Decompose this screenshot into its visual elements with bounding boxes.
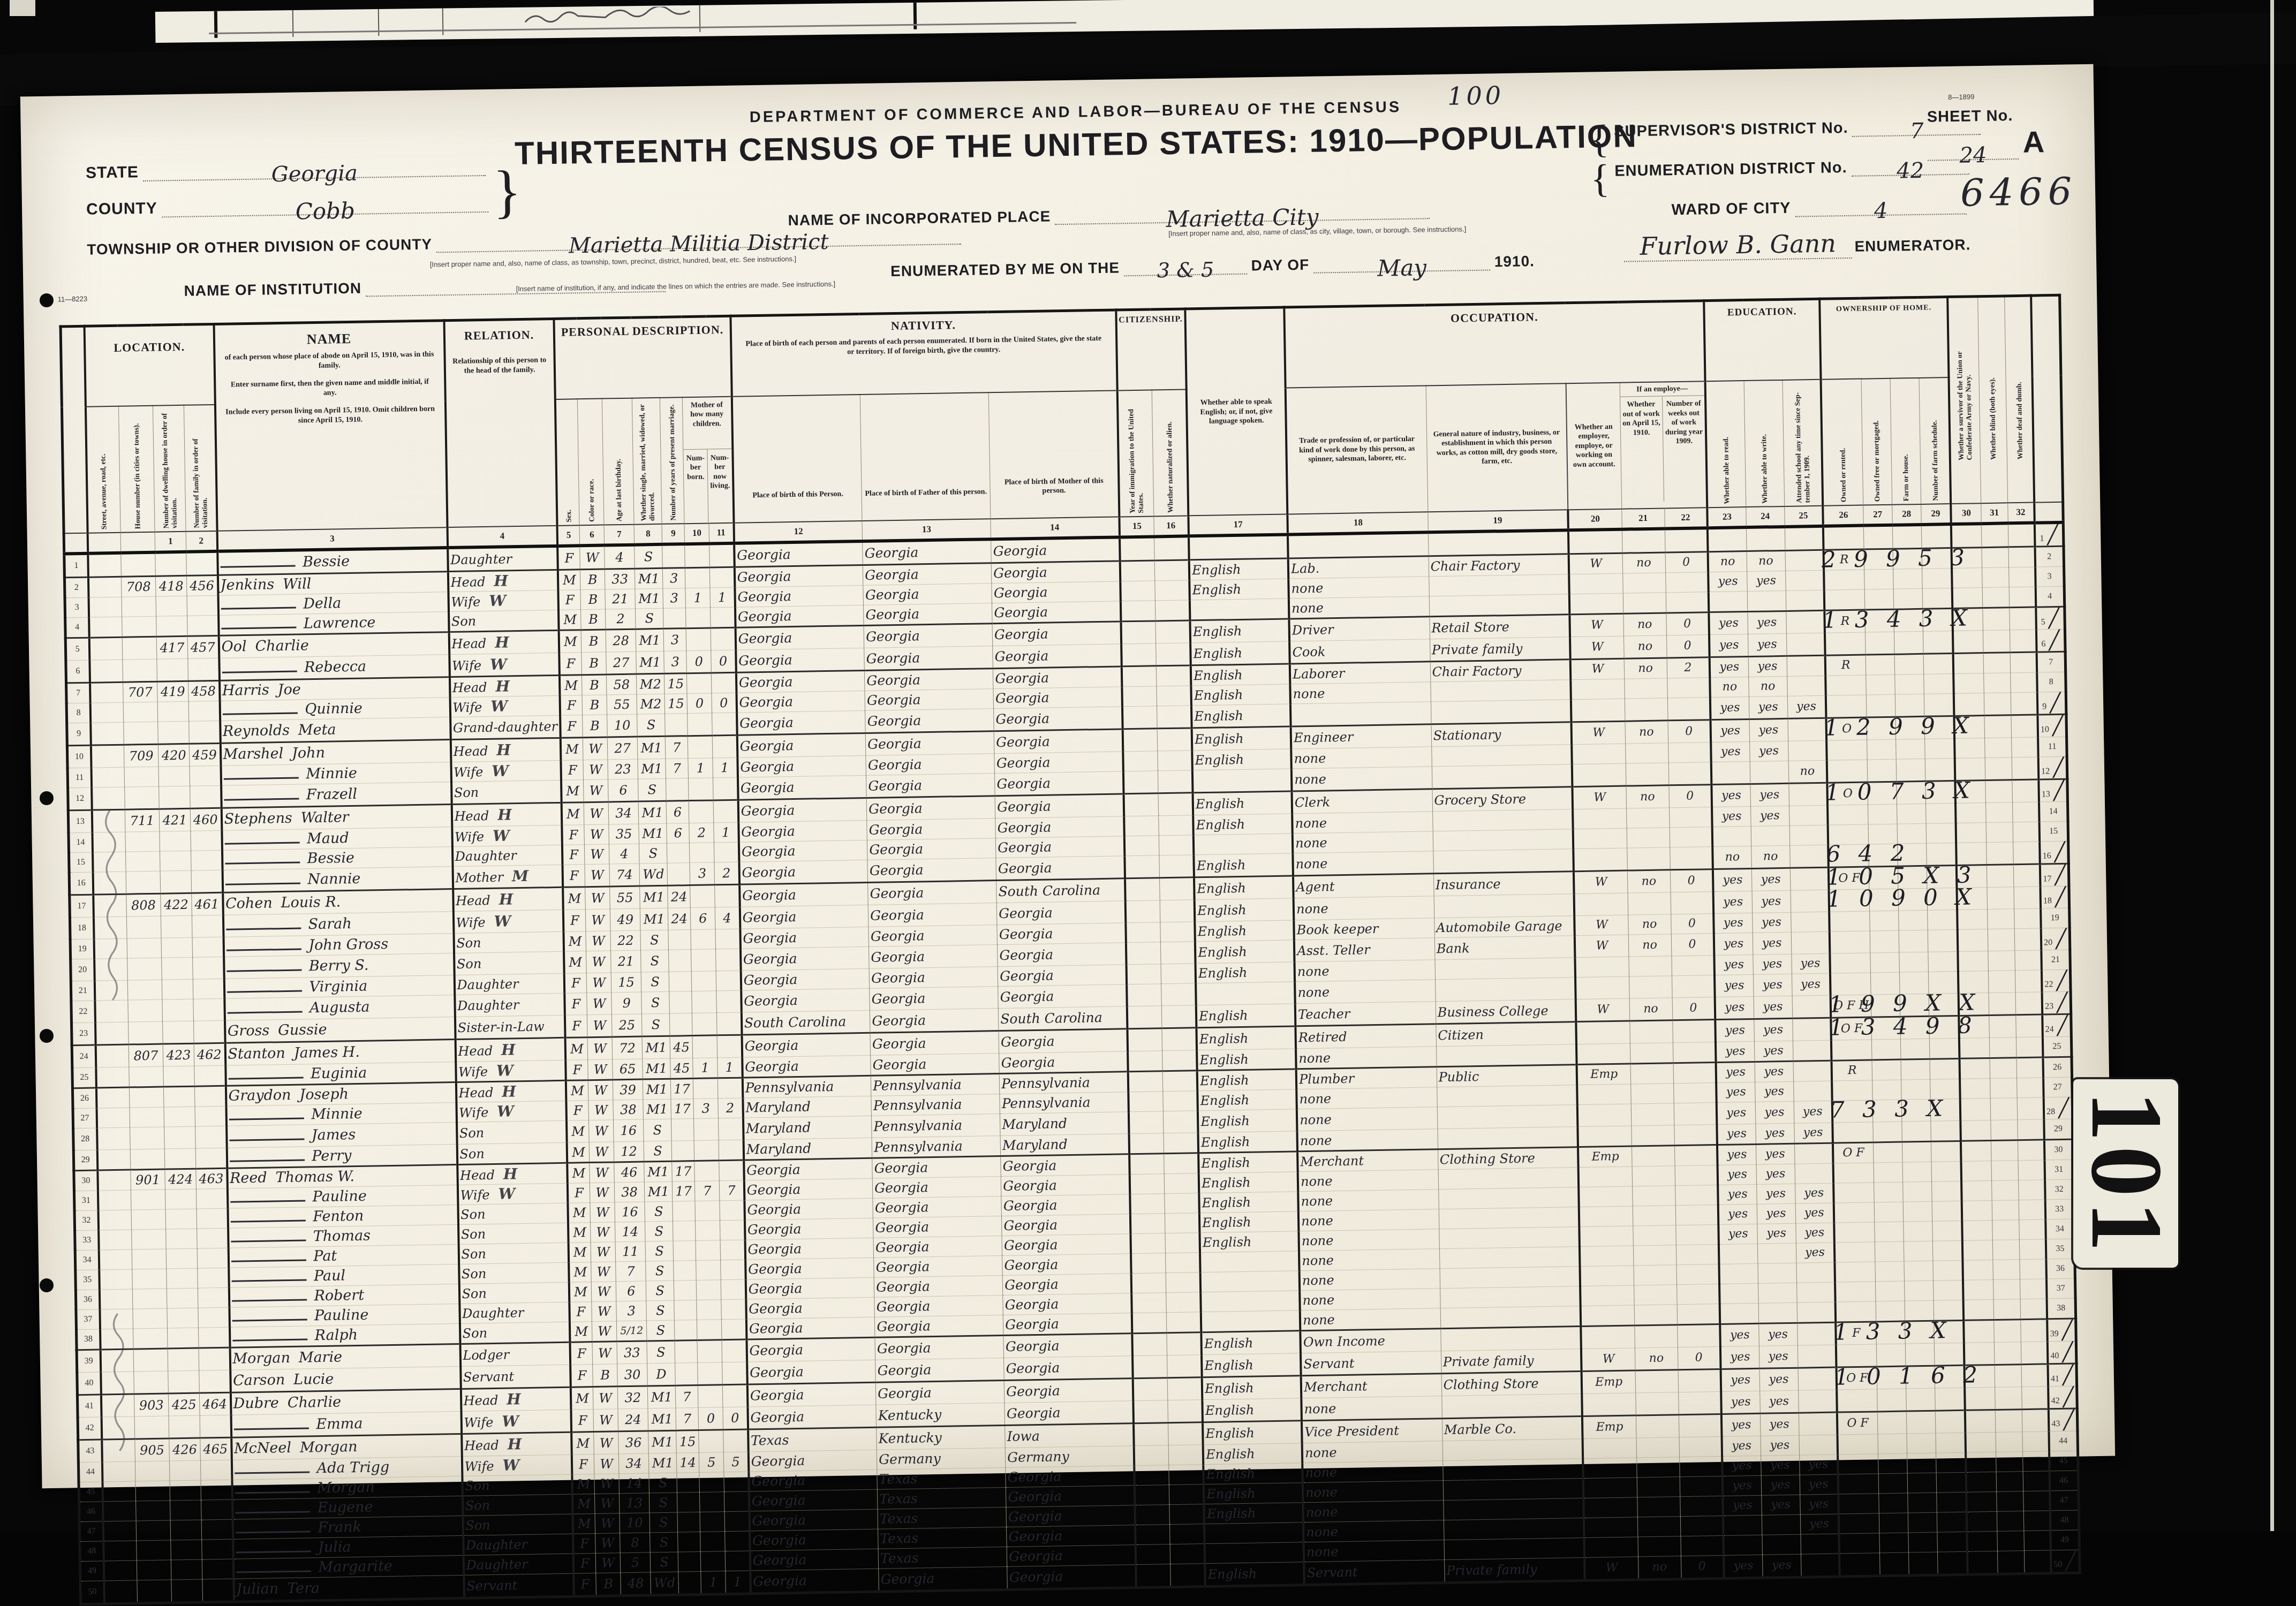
cell-blind [1982,607,2010,630]
cell-dwelling-number [156,616,188,637]
cell-trade [1288,532,1429,558]
cell-out-of-work: no [1624,657,1667,678]
ward-label: WARD OF CITY [1671,200,1791,218]
cell-trade: Retired [1295,1024,1436,1048]
cell-immigration-year [1121,665,1156,686]
cell-can-write: yes [1761,1435,1800,1456]
cell-years-married: 17 [672,1181,695,1201]
cell-attended-school: no [1788,760,1827,783]
line-number-left: 18 [70,917,94,940]
cell-years-married [677,1512,700,1531]
cell-marital: M1 [642,1036,670,1059]
line-number-right: 13╱ [2038,779,2067,802]
cell-street [95,1044,129,1067]
cell-sex: M [572,1494,595,1514]
cell-marital: M1 [635,588,663,609]
cell-immigration-year [1127,1005,1161,1028]
cell-blind [1992,1219,2019,1240]
cell-deaf [2018,1160,2045,1180]
cell-father-birthplace: Georgia [870,1031,999,1055]
cell-attended-school [1792,995,1831,1018]
cell-can-write: yes [1754,1041,1793,1062]
cell-street [92,787,125,810]
cell-can-write: yes [1748,656,1787,677]
cell-age: 33 [617,1340,647,1363]
cell-attended-school [1785,526,1824,550]
cell-house-number [135,1461,170,1481]
cell-relation: HeadH [462,1432,572,1456]
cell-home-owned [1830,931,1870,953]
cell-immigration-year [1132,1332,1167,1355]
cell-color: B [581,630,606,653]
cell-dwelling-number [161,915,192,938]
cell-employer-status: Emp [1582,1415,1636,1438]
cell-dwelling-number [157,658,188,681]
cell-speaks-english: English [1204,1482,1303,1504]
cell-attended-school [1795,1163,1834,1184]
cell-weeks-out [1675,1204,1719,1225]
cell-father-birthplace: Georgia [874,1315,1003,1337]
cell-color: W [595,1493,620,1513]
cell-attended-school [1791,912,1830,932]
cell-children-living [720,1200,745,1221]
cell-trade: none [1302,1441,1443,1463]
cell-children-born [691,949,716,971]
cell-out-of-work [1629,975,1672,998]
cell-name: ReynoldsMeta [220,717,451,743]
cell-deaf [2022,1451,2050,1471]
cell-dwelling-number [166,1248,198,1269]
cell-farm-house [1894,674,1924,694]
cell-trade: none [1295,959,1436,981]
cell-marital: M1 [648,1430,677,1453]
cell-industry: Clothing Store [1438,1147,1578,1169]
cell-mother-birthplace: Georgia [995,836,1124,858]
out-of-work-label: Wheth­er out of work on April 15, 1910. [1620,396,1664,502]
cell-deaf [2016,1077,2044,1097]
cell-speaks-english: English [1200,1231,1300,1252]
cell-years-married: 3 [663,588,686,608]
cell-house-number [123,659,157,682]
cell-house-number [136,1500,171,1520]
cell-dwelling-number: 417 [156,636,188,659]
cell-mother-birthplace: Georgia [1002,1253,1131,1275]
cell-birthplace: Georgia [746,1317,875,1339]
mother-of-children-header: Mother of how many children. Num­ber bor… [682,396,734,523]
cell-naturalized [1165,1213,1199,1233]
cell-can-write: yes [1758,1323,1797,1346]
cell-veteran [1958,929,1988,951]
cell-sex: M [572,1513,595,1531]
cell-industry [1431,699,1572,724]
cell-can-write [1746,526,1785,551]
cell-veteran [1957,909,1988,929]
cell-children-born [687,672,712,693]
cell-mother-birthplace: Georgia [994,729,1123,753]
cell-attended-school: yes [1795,1203,1834,1223]
cell-house-number [125,786,160,809]
cell-sex: M [564,951,587,973]
cell-speaks-english: English [1192,726,1291,750]
cell-age: 38 [614,1182,645,1202]
cell-family-number [198,1307,230,1328]
cell-deaf [2011,715,2038,738]
cell-industry: Chair Factory [1429,554,1569,576]
cell-relation: Son [458,1203,568,1224]
cell-family-number [196,1188,228,1209]
cell-employer-status [1574,893,1628,916]
cell-speaks-english: English [1199,1191,1298,1213]
cell-veteran [1966,1432,1996,1452]
cell-marital: S [637,714,666,737]
cell-mother-birthplace: Georgia [1003,1333,1132,1358]
cell-family-number [201,1519,233,1531]
cell-color: W [593,1408,618,1431]
cell-family-number [200,1460,232,1480]
cell-free-mortgaged [1865,632,1894,655]
cell-veteran [1960,1120,1991,1141]
cell-blind [1984,715,2012,738]
ownership-group-header: OWNERSHIP OF HOME. [1819,297,1948,380]
cell-age: 46 [614,1162,645,1183]
line-number-right: 22╱ [2042,969,2071,992]
cell-speaks-english: English [1204,1502,1303,1524]
mother-born-label: Num­ber born. [683,449,708,522]
line-number-right: 17╱ [2040,863,2069,887]
cell-color: W [592,1301,617,1321]
cell-employer-status: W [1572,721,1626,745]
enumeration-brace: { [1590,156,1610,202]
cell-can-read [1708,527,1747,552]
cell-sex: M [557,569,580,590]
cell-marital: M1 [637,736,666,759]
cell-weeks-out [1676,1284,1720,1304]
cell-age: 13 [620,1493,650,1513]
cell-farm-schedule [1924,738,1955,759]
cell-marital: S [649,1493,678,1513]
cell-name: MorganMarie [230,1344,460,1370]
cell-deaf [2019,1199,2046,1219]
county-row: COUNTY Cobb [86,194,488,219]
cell-family-number: 456 [186,575,218,596]
cell-industry [1440,1266,1581,1288]
column-number: 1 [155,531,186,552]
cell-children-living [716,971,741,991]
cell-immigration-year [1120,560,1154,581]
cell-age: 74 [609,863,640,887]
cell-deaf [2012,757,2039,780]
cell-house-number [132,1289,167,1309]
personal-group-header: PERSONAL DESCRIPTION. [554,316,731,399]
institution-label: NAME OF INSTITUTION [184,280,361,299]
cell-name: McNeelMorgan [231,1434,462,1460]
cell-sex: M [567,1120,590,1142]
state-label: STATE [86,163,139,182]
cell-trade: none [1298,1169,1439,1191]
cell-marital: S [649,1512,678,1531]
cell-color: W [591,1241,616,1262]
cell-family-number [195,1106,226,1126]
state-row: STATE Georgia [86,158,486,183]
cell-weeks-out [1672,955,1715,975]
cell-children-born [690,842,715,862]
cell-immigration-year [1126,922,1160,942]
cell-attended-school [1785,550,1824,571]
cell-age: 34 [608,801,639,824]
cell-birthplace: Georgia [747,1360,876,1384]
cell-employer-status: W [1581,1347,1635,1371]
cell-house-number [122,637,157,660]
cell-color: W [580,545,605,569]
cell-immigration-year [1124,835,1159,855]
line-number-left: 29 [73,1150,97,1171]
cell-can-read: yes [1709,611,1748,634]
cell-sex: M [565,1037,588,1060]
cell-mother-birthplace: Georgia [1003,1293,1132,1315]
cell-years-married [669,949,692,972]
cell-birthplace: Georgia [742,1033,871,1057]
cell-out-of-work [1630,1083,1674,1103]
cell-marital: S [641,972,669,992]
cell-family-number: 457 [187,635,219,658]
cell-relation: Son [462,1474,572,1496]
cell-children-living: 2 [718,1098,743,1118]
cell-industry: Marble Co. [1442,1416,1583,1441]
cell-age: 16 [614,1119,644,1142]
cell-children-born [685,567,710,588]
cell-industry: Business College [1436,999,1576,1024]
line-number-left: 44 [78,1461,102,1482]
cell-weeks-out [1680,1516,1724,1531]
cell-speaks-english [1192,768,1292,792]
cell-out-of-work [1624,678,1667,698]
cell-sex: F [561,760,584,780]
cell-mother-birthplace: Georgia [991,537,1120,563]
cell-speaks-english: English [1197,1026,1296,1050]
line-number-right: 44 [2049,1431,2078,1451]
cell-father-birthplace: Georgia [874,1275,1003,1297]
cell-naturalized [1166,1292,1201,1312]
cell-color: W [589,1119,614,1142]
cell-children-born [691,971,716,991]
birthplace-mother-header: Place of birth of Mother of this person. [988,390,1119,519]
cell-sex: M [569,1282,592,1302]
line-number-left: 11 [67,768,92,788]
cell-sex: F [571,1409,594,1432]
cell-immigration-year [1126,942,1161,964]
name-desc-1: of each person whose place of abode on A… [217,345,442,372]
cell-veteran [1967,1511,1997,1531]
cell-employer-status [1579,1226,1633,1247]
cell-sex: F [564,973,587,993]
cell-age: 14 [615,1222,646,1242]
cell-years-married [665,713,688,736]
cell-mother-birthplace: Georgia [999,1028,1128,1053]
cell-house-number [129,1087,164,1108]
cell-father-birthplace: Texas [878,1507,1007,1529]
cell-relation: Sister-in-Law [455,1015,565,1039]
cell-mother-birthplace: Georgia [994,751,1123,773]
cell-trade: Servant [1301,1351,1441,1375]
cell-industry [1437,1085,1577,1107]
mother-living-label: Num­ber now liv­ing. [708,449,732,522]
cell-birthplace: Georgia [738,798,867,822]
cell-years-married: 45 [670,1058,693,1079]
cell-naturalized [1155,620,1190,643]
line-number-left: 3 [65,597,89,618]
cell-street [99,1269,133,1290]
cell-children-living [719,1160,744,1181]
cell-weeks-out [1673,1082,1717,1103]
cell-trade: none [1302,1460,1443,1482]
cell-naturalized [1168,1399,1203,1422]
cell-marital: M1 [644,1181,673,1202]
column-number [2034,502,2063,522]
cell-family-number [193,979,224,999]
cell-farm-schedule [1925,803,1956,823]
street-column-header: Street, avenue, road, etc. [85,406,120,533]
cell-trade: Driver [1289,616,1430,641]
cell-farm-schedule [1929,1038,1960,1059]
cell-can-read: no [1708,551,1747,572]
cell-color: W [590,1182,615,1202]
cell-years-married: 7 [665,736,688,759]
cell-attended-school [1788,783,1827,806]
cell-birthplace: Georgia [739,905,868,929]
cell-immigration-year [1129,1133,1164,1154]
cell-sex: F [569,1301,592,1322]
cell-children-born [686,627,711,650]
cell-years-married: 7 [675,1385,698,1408]
cell-naturalized [1168,1422,1203,1445]
cell-speaks-english: English [1195,898,1294,921]
cell-house-number [136,1520,171,1531]
cell-children-born [698,1362,723,1385]
cell-attended-school [1788,718,1827,741]
cell-family-number [193,998,225,1021]
cell-can-write: yes [1755,1061,1794,1082]
cell-employer-status [1573,828,1627,849]
cell-industry [1440,1286,1581,1308]
cell-speaks-english: English [1193,791,1293,815]
cell-color: W [585,863,610,887]
line-number-right: 40╱ [2048,1341,2076,1364]
cell-free-mortgaged [1874,1202,1904,1222]
line-number-column-header [61,326,87,533]
cell-mother-birthplace: Georgia [993,666,1122,688]
cell-mother-birthplace: Georgia [1006,1505,1135,1527]
cell-weeks-out [1668,762,1712,785]
cell-birthplace: Georgia [736,691,865,713]
column-number: 6 [579,525,605,546]
cell-home-owned [1835,1261,1876,1282]
cell-birthplace: Georgia [736,648,865,672]
line-number-right: 12╱ [2038,756,2067,779]
line-number-left: 24 [72,1045,96,1068]
tabulation-code: 1 3 3 X [1833,1317,1952,1345]
cell-birthplace: Georgia [741,988,870,1012]
cell-veteran [1962,1220,1992,1240]
cell-family-number [198,1268,229,1288]
cell-industry: Clothing Store [1441,1371,1582,1396]
cell-out-of-work [1637,1516,1681,1531]
cell-farm-house [1907,1453,1936,1473]
cell-home-owned [1833,1162,1874,1183]
cell-dwelling-number [160,831,191,851]
cell-mother-birthplace: Georgia [1004,1400,1134,1425]
cell-industry [1438,1187,1579,1209]
column-number: 30 [1951,503,1981,524]
cell-out-of-work [1627,847,1670,870]
cell-children-born [692,1012,717,1035]
cell-can-write: yes [1748,633,1787,656]
line-number-left: 10 [67,745,91,768]
cell-immigration-year [1121,643,1156,666]
cell-farm-schedule [1933,1280,1963,1300]
cell-speaks-english: English [1196,961,1295,983]
cell-age: 6 [608,779,639,802]
cell-age: 15 [611,972,641,993]
cell-industry [1443,1478,1584,1500]
cell-dwelling-number [165,1209,197,1229]
cell-birthplace: Georgia [749,1489,878,1511]
cell-weeks-out [1665,572,1709,592]
cell-trade: Book keeper [1294,918,1434,940]
cell-relation: Son [462,1494,572,1516]
enumerated-month: May [1377,254,1427,281]
cell-age: 27 [607,737,638,760]
line-number-right: 1╱ [2035,522,2064,546]
cell-veteran [1966,1472,1997,1492]
cell-employer-status [1580,1246,1634,1267]
cell-attended-school [1794,1143,1833,1164]
cell-immigration-year [1123,793,1158,816]
cell-sex: F [557,546,580,570]
cell-out-of-work [1633,1225,1676,1245]
tabulation-code: 7 3 3 X [1830,1095,1948,1123]
cell-father-birthplace: Georgia [863,563,992,585]
cell-family-number [186,551,218,575]
cell-farm-schedule [1923,631,1953,654]
cell-dwelling-number [158,721,190,744]
cell-sex: M [570,1387,593,1410]
line-number-left: 36 [75,1290,100,1310]
cell-trade: none [1293,851,1433,875]
cell-house-number [130,1107,164,1127]
cell-immigration-year [1124,855,1159,878]
cell-years-married: 17 [670,1078,693,1099]
cell-industry: Private family [1430,637,1570,661]
cell-blind [1993,1299,2021,1320]
cell-children-living [716,990,742,1013]
line-number-left: 30 [74,1170,98,1191]
cell-employer-status: W [1574,870,1628,894]
cell-naturalized [1156,665,1191,686]
cell-employer-status [1578,1166,1633,1187]
if-employee-label: If an employe— [1620,382,1704,397]
cell-out-of-work [1623,592,1666,613]
cell-children-living [717,1012,742,1035]
cell-color: W [594,1473,620,1494]
cell-out-of-work [1634,1264,1677,1285]
cell-free-mortgaged [1875,1281,1905,1301]
cell-weeks-out [1676,1264,1720,1284]
cell-mother-birthplace: Pennsylvania [1000,1092,1129,1113]
cell-age: 32 [617,1385,648,1408]
cell-can-read: yes [1708,571,1747,592]
cell-immigration-year [1127,1028,1162,1051]
cell-can-read: yes [1718,1204,1757,1224]
